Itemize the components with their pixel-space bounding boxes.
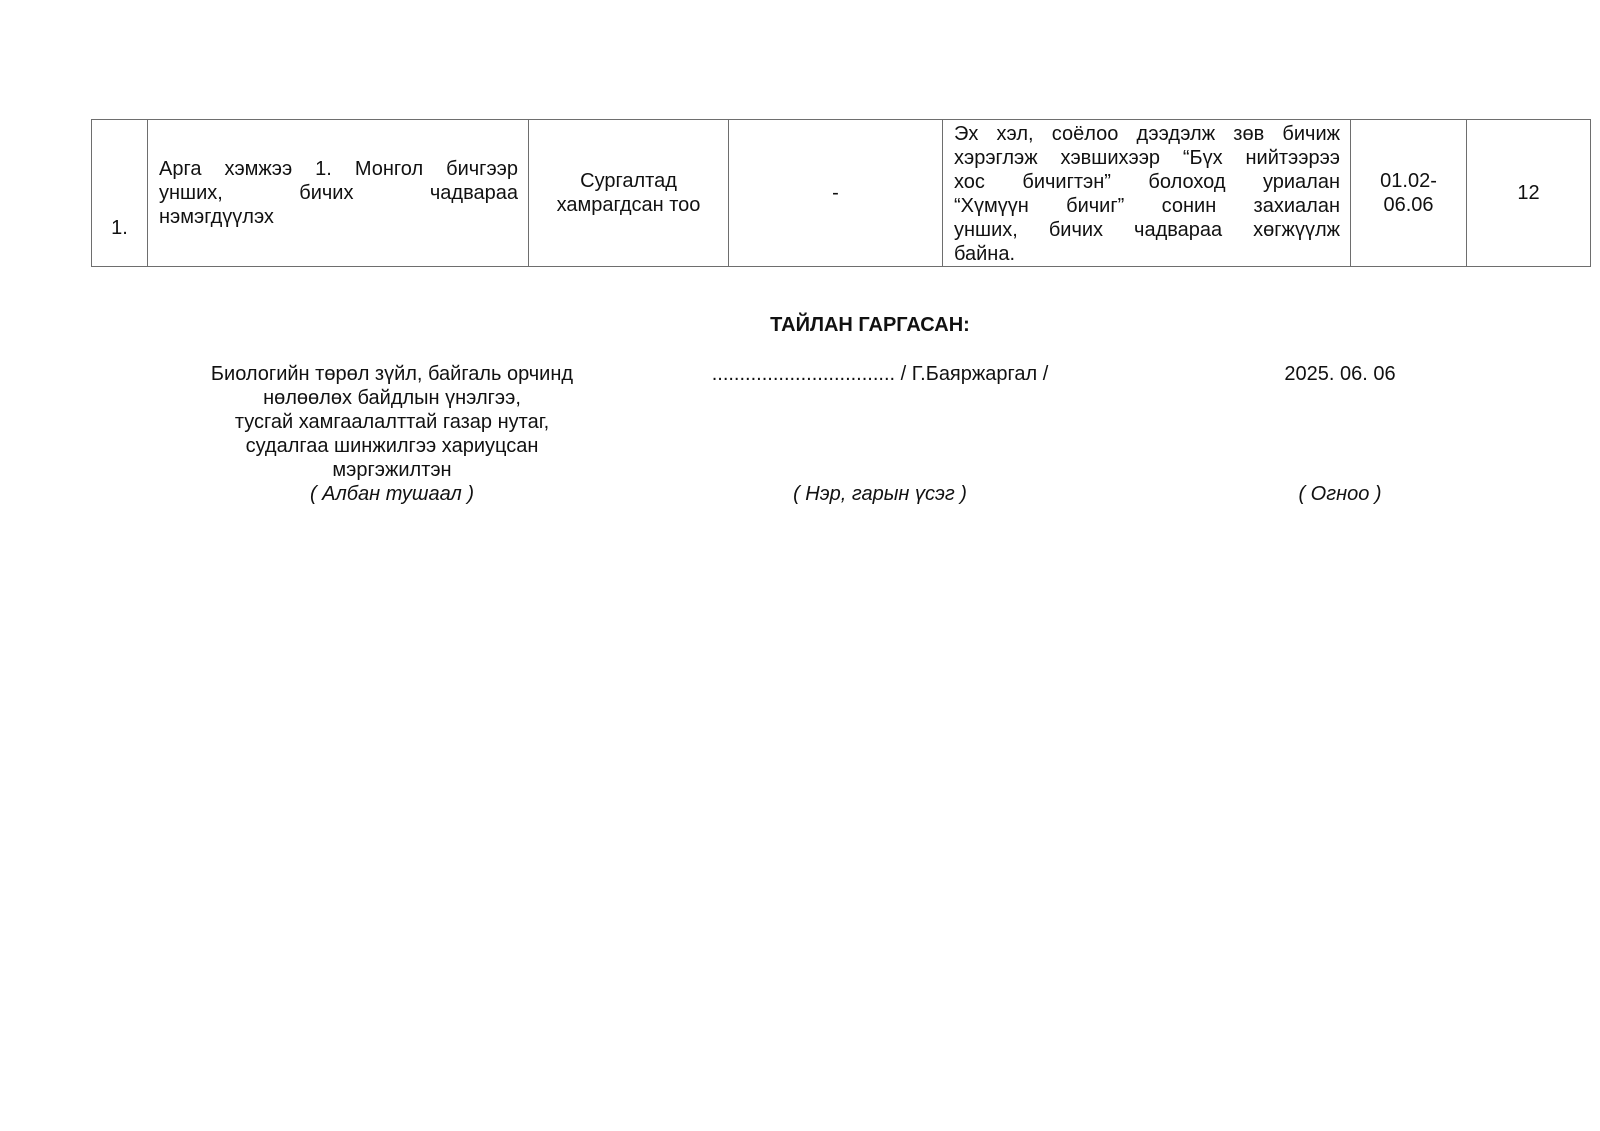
count-value: 12 xyxy=(1517,182,1539,204)
period-line: 06.06 xyxy=(1351,193,1466,217)
activity-line: Арга хэмжээ 1. Монгол бичгээр xyxy=(159,157,518,181)
result-line: “Хүмүүн бичиг” сонин захиалан xyxy=(954,194,1340,218)
indicator-cell: Сургалтад хамрагдсан тоо xyxy=(529,120,729,267)
position-line: мэргэжилтэн xyxy=(190,458,594,482)
name-signature-caption: ( Нэр, гарын үсэг ) xyxy=(640,482,1120,506)
baseline-cell: - xyxy=(729,120,943,267)
period-cell: 01.02- 06.06 xyxy=(1351,120,1467,267)
activity-line: нэмэгдүүлэх xyxy=(159,205,518,229)
signature-line: ................................. / Г.Ба… xyxy=(640,362,1120,386)
position-line: Биологийн төрөл зүйл, байгаль орчинд xyxy=(190,362,594,386)
report-date: 2025. 06. 06 xyxy=(1240,362,1440,386)
result-line: унших, бичих чадвараа хөгжүүлж xyxy=(954,218,1340,242)
result-line: хос бичигтэн” болоход уриалан xyxy=(954,170,1340,194)
report-title: ТАЙЛАН ГАРГАСАН: xyxy=(0,313,1600,337)
indicator-line: хамрагдсан тоо xyxy=(529,193,728,217)
activity-report-table: 1. Арга хэмжээ 1. Монгол бичгээр унших, … xyxy=(91,119,1591,267)
table-row: 1. Арга хэмжээ 1. Монгол бичгээр унших, … xyxy=(92,120,1591,267)
result-line: хэрэглэж хэвшихээр “Бүх нийтээрээ xyxy=(954,146,1340,170)
position-line: нөлөөлөх байдлын үнэлгээ, xyxy=(190,386,594,410)
result-line: Эх хэл, соёлоо дээдэлж зөв бичиж xyxy=(954,122,1340,146)
position-caption: ( Албан тушаал ) xyxy=(190,482,594,506)
indicator-line: Сургалтад xyxy=(529,169,728,193)
position-line: судалгаа шинжилгээ хариуцсан xyxy=(190,434,594,458)
result-cell: Эх хэл, соёлоо дээдэлж зөв бичиж хэрэглэ… xyxy=(943,120,1351,267)
baseline-value: - xyxy=(832,182,839,204)
row-number-cell: 1. xyxy=(92,120,148,267)
signer-position: Биологийн төрөл зүйл, байгаль орчинд нөл… xyxy=(190,362,594,482)
activity-cell: Арга хэмжээ 1. Монгол бичгээр унших, бич… xyxy=(148,120,529,267)
activity-line: унших, бичих чадвараа xyxy=(159,181,518,205)
result-line: байна. xyxy=(954,242,1340,266)
date-caption: ( Огноо ) xyxy=(1240,482,1440,506)
count-cell: 12 xyxy=(1467,120,1591,267)
position-line: тусгай хамгаалалттай газар нутаг, xyxy=(190,410,594,434)
period-line: 01.02- xyxy=(1351,169,1466,193)
row-number: 1. xyxy=(111,217,128,239)
